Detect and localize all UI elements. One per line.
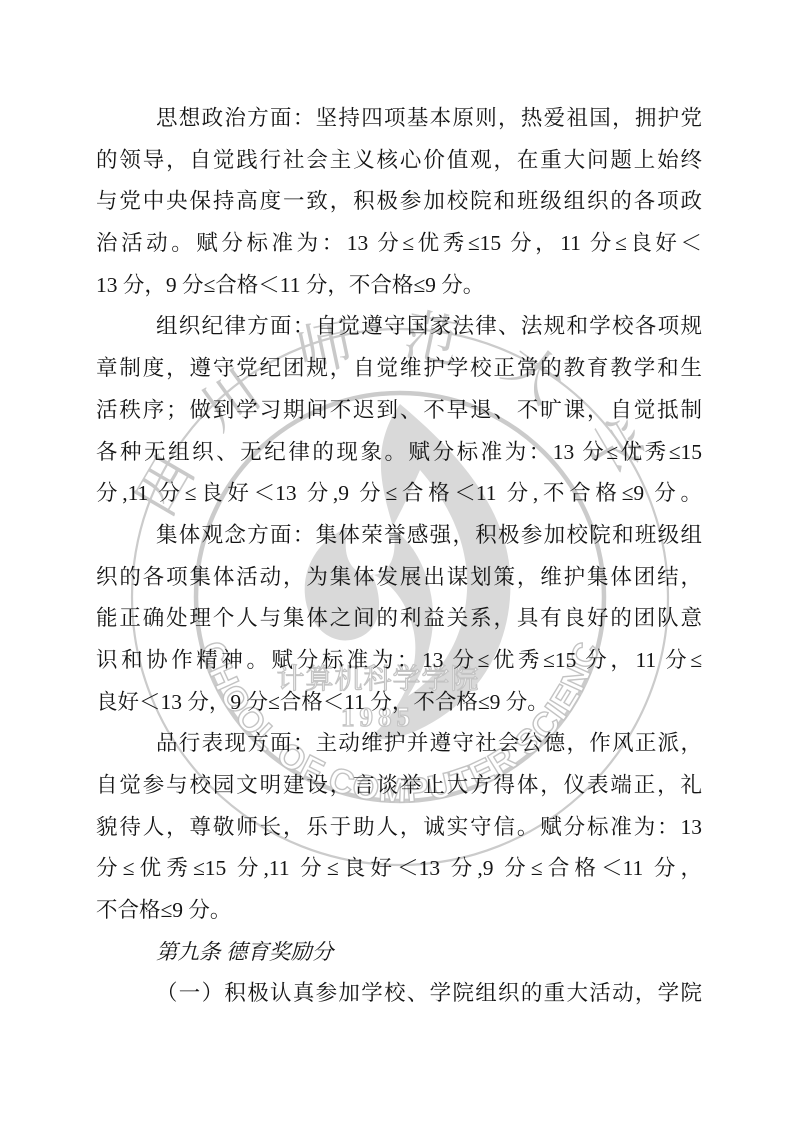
text-line: 自觉参与校园文明建设，言谈举止大方得体，仪表端正，礼	[96, 765, 702, 807]
text-line: 活秩序；做到学习期间不迟到、不早退、不旷课，自觉抵制	[96, 390, 702, 432]
text-line: 各种无组织、无纪律的现象。赋分标准为：13 分≤优秀≤15	[96, 432, 702, 474]
text-line: 不合格≤9 分。	[96, 890, 702, 932]
text-line: 章制度，遵守党纪团规，自觉维护学校正常的教育教学和生	[96, 348, 702, 390]
text-line: 分,11 分≤良好＜13 分,9 分≤合格＜11 分,不合格≤9 分。	[96, 473, 702, 515]
text-line: 与党中央保持高度一致，积极参加校院和班级组织的各项政	[96, 181, 702, 223]
text-line: 第九条 德育奖励分	[96, 932, 702, 974]
text-line: 分≤优秀≤15 分,11 分≤良好＜13 分,9 分≤合格＜11 分，	[96, 848, 702, 890]
document-page: 四川师范大学 SCHOOL OF COMPUTER SCIENCE 计算机科学学…	[0, 0, 794, 1123]
text-line: （一）积极认真参加学校、学院组织的重大活动，学院	[96, 973, 702, 1015]
document-body: 思想政治方面：坚持四项基本原则，热爱祖国，拥护党的领导，自觉践行社会主义核心价值…	[96, 98, 702, 1015]
text-line: 组织纪律方面：自觉遵守国家法律、法规和学校各项规	[96, 306, 702, 348]
text-line: 的领导，自觉践行社会主义核心价值观，在重大问题上始终	[96, 140, 702, 182]
text-line: 治活动。赋分标准为：13 分≤优秀≤15 分，11 分≤良好＜	[96, 223, 702, 265]
text-line: 织的各项集体活动，为集体发展出谋划策，维护集体团结，	[96, 557, 702, 599]
text-line: 集体观念方面：集体荣誉感强，积极参加校院和班级组	[96, 515, 702, 557]
text-line: 识和协作精神。赋分标准为：13 分≤优秀≤15 分，11 分≤	[96, 640, 702, 682]
text-line: 品行表现方面：主动维护并遵守社会公德，作风正派，	[96, 723, 702, 765]
text-line: 能正确处理个人与集体之间的利益关系，具有良好的团队意	[96, 598, 702, 640]
text-line: 貌待人，尊敬师长，乐于助人，诚实守信。赋分标准为：13	[96, 807, 702, 849]
text-line: 思想政治方面：坚持四项基本原则，热爱祖国，拥护党	[96, 98, 702, 140]
text-line: 13 分，9 分≤合格＜11 分，不合格≤9 分。	[96, 265, 702, 307]
text-line: 良好＜13 分，9 分≤合格＜11 分，不合格≤9 分。	[96, 682, 702, 724]
